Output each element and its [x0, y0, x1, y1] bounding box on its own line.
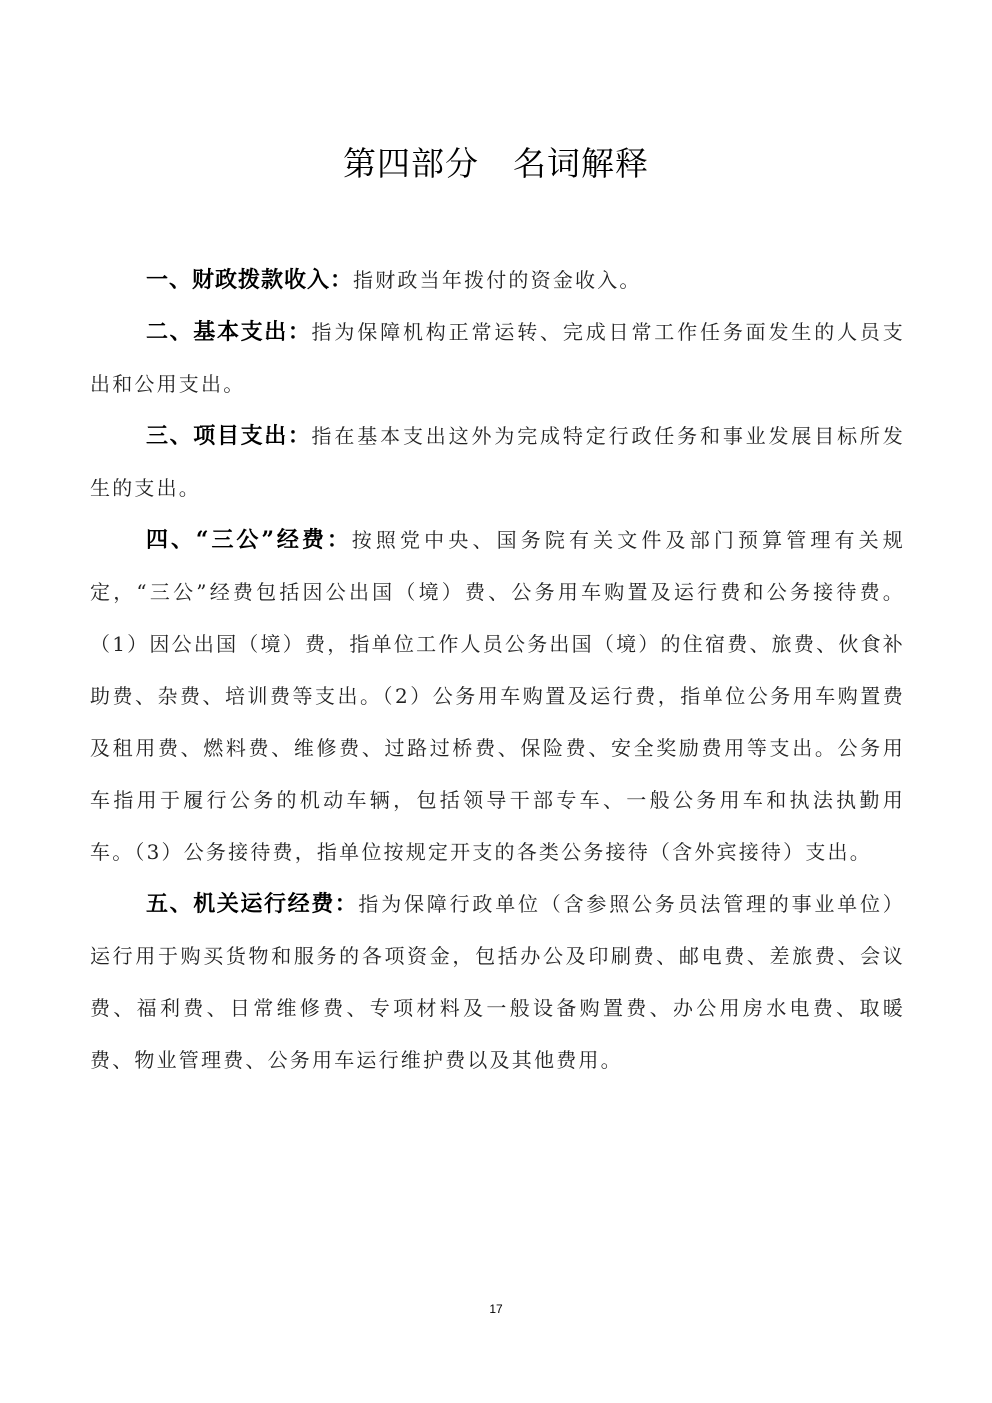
glossary-term: 三、项目支出：: [146, 423, 312, 449]
glossary-term: 四、“三公”经费：: [146, 527, 352, 553]
glossary-body: 一、财政拨款收入：指财政当年拨付的资金收入。 二、基本支出：指为保障机构正常运转…: [90, 254, 905, 1086]
glossary-entry-project-expenditure: 三、项目支出：指在基本支出这外为完成特定行政任务和事业发展目标所发生的支出。: [90, 410, 905, 514]
glossary-entry-basic-expenditure: 二、基本支出：指为保障机构正常运转、完成日常工作任务面发生的人员支出和公用支出。: [90, 306, 905, 410]
glossary-entry-agency-operating-expenses: 五、机关运行经费：指为保障行政单位（含参照公务员法管理的事业单位）运行用于购买货…: [90, 878, 905, 1086]
glossary-entry-fiscal-appropriation-income: 一、财政拨款收入：指财政当年拨付的资金收入。: [90, 254, 905, 306]
document-page: 第四部分 名词解释 一、财政拨款收入：指财政当年拨付的资金收入。 二、基本支出：…: [0, 0, 992, 1403]
glossary-definition: 指财政当年拨付的资金收入。: [353, 268, 642, 292]
page-title: 第四部分 名词解释: [0, 138, 992, 185]
glossary-term: 五、机关运行经费：: [146, 891, 358, 917]
page-number: 17: [0, 1302, 992, 1316]
glossary-definition: 指为保障行政单位（含参照公务员法管理的事业单位）运行用于购买货物和服务的各项资金…: [90, 892, 905, 1072]
glossary-term: 一、财政拨款收入：: [146, 267, 353, 293]
glossary-entry-three-public-expenses: 四、“三公”经费：按照党中央、国务院有关文件及部门预算管理有关规定，“三公”经费…: [90, 514, 905, 878]
glossary-definition: 按照党中央、国务院有关文件及部门预算管理有关规定，“三公”经费包括因公出国（境）…: [90, 528, 905, 864]
glossary-term: 二、基本支出：: [146, 319, 312, 345]
